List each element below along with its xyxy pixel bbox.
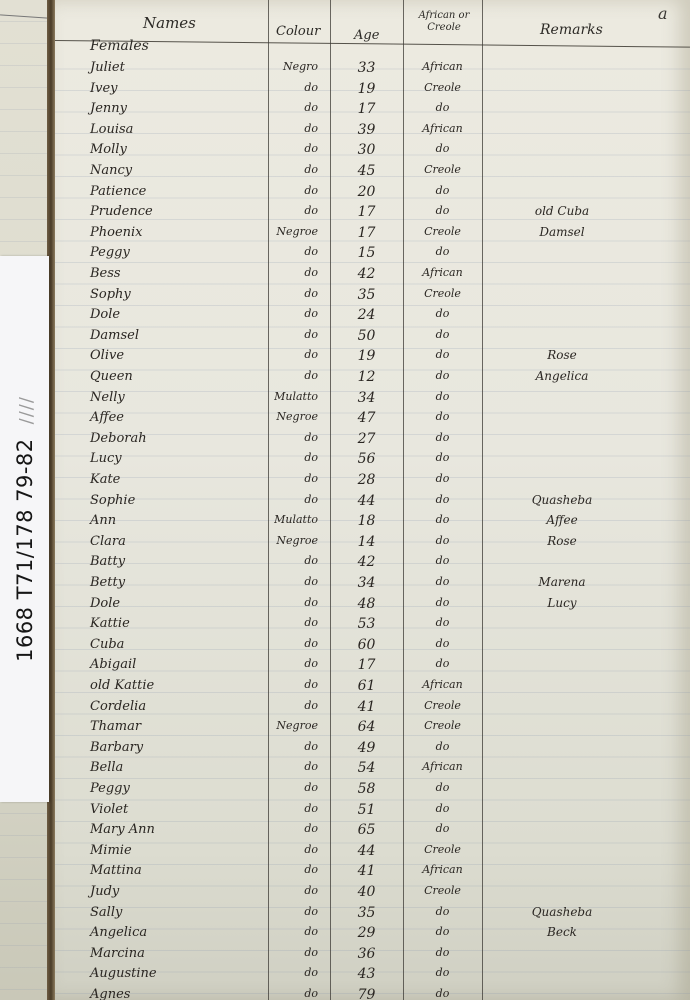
- person-name: Violet: [90, 802, 128, 817]
- person-name: Peggy: [90, 781, 130, 796]
- person-name: Molly: [90, 142, 127, 157]
- origin-cell: do: [403, 905, 482, 918]
- person-name: Deborah: [90, 431, 147, 446]
- remarks-cell: Beck: [482, 925, 642, 939]
- register-row: Barbarydo49do: [0, 740, 690, 760]
- register-row: Prudencedo17doold Cuba: [0, 204, 690, 224]
- colour-cell: do: [268, 369, 330, 382]
- origin-cell: do: [403, 637, 482, 650]
- person-name: Dole: [90, 596, 120, 611]
- person-name: Lucy: [90, 451, 122, 466]
- origin-cell: Creole: [403, 81, 482, 94]
- register-row: Bessdo42African: [0, 266, 690, 286]
- register-row: Cordeliado41Creole: [0, 699, 690, 719]
- origin-cell: do: [403, 348, 482, 361]
- age-cell: 58: [330, 781, 403, 797]
- colour-cell: Negroe: [268, 719, 330, 732]
- origin-cell: do: [403, 925, 482, 938]
- person-name: old Kattie: [90, 678, 154, 693]
- age-cell: 47: [330, 410, 403, 426]
- person-name: Mattina: [90, 863, 142, 878]
- colour-cell: do: [268, 184, 330, 197]
- origin-cell: Creole: [403, 699, 482, 712]
- register-row: Olivedo19doRose: [0, 348, 690, 368]
- person-name: Louisa: [90, 122, 133, 137]
- origin-cell: do: [403, 802, 482, 815]
- archive-reference: 1668 T71/178 79-82: [13, 438, 37, 662]
- colour-cell: Mulatto: [268, 390, 330, 403]
- colour-cell: do: [268, 142, 330, 155]
- age-cell: 43: [330, 966, 403, 982]
- register-row: JulietNegro33African: [0, 60, 690, 80]
- register-row: ClaraNegroe14doRose: [0, 534, 690, 554]
- origin-cell: Creole: [403, 287, 482, 300]
- origin-cell: do: [403, 307, 482, 320]
- person-name: Queen: [90, 369, 133, 384]
- colour-cell: do: [268, 122, 330, 135]
- person-name: Prudence: [90, 204, 153, 219]
- colour-cell: do: [268, 596, 330, 609]
- age-cell: 34: [330, 390, 403, 406]
- register-row: Mollydo30do: [0, 142, 690, 162]
- origin-cell: African: [403, 863, 482, 876]
- person-name: Abigail: [90, 657, 136, 672]
- register-row: Mary Anndo65do: [0, 822, 690, 842]
- origin-cell: Creole: [403, 843, 482, 856]
- origin-cell: African: [403, 60, 482, 73]
- register-row: Kattiedo53do: [0, 616, 690, 636]
- origin-cell: do: [403, 534, 482, 547]
- person-name: Barbary: [90, 740, 143, 755]
- register-row: Katedo28do: [0, 472, 690, 492]
- person-name: Sally: [90, 905, 122, 920]
- origin-cell: Creole: [403, 163, 482, 176]
- register-row: Doledo48doLucy: [0, 596, 690, 616]
- person-name: Bess: [90, 266, 121, 281]
- person-name: Cordelia: [90, 699, 146, 714]
- age-cell: 33: [330, 60, 403, 76]
- origin-cell: Creole: [403, 225, 482, 238]
- person-name: Patience: [90, 184, 146, 199]
- age-cell: 17: [330, 225, 403, 241]
- register-row: Mimiedo44Creole: [0, 843, 690, 863]
- colour-cell: do: [268, 245, 330, 258]
- colour-cell: do: [268, 760, 330, 773]
- age-cell: 35: [330, 905, 403, 921]
- age-cell: 79: [330, 987, 403, 1000]
- colour-cell: Negro: [268, 60, 330, 73]
- register-row: AnnMulatto18doAffee: [0, 513, 690, 533]
- origin-cell: do: [403, 451, 482, 464]
- age-cell: 39: [330, 122, 403, 138]
- origin-cell: do: [403, 101, 482, 114]
- remarks-cell: Rose: [482, 534, 642, 548]
- person-name: Angelica: [90, 925, 147, 940]
- person-name: Thamar: [90, 719, 141, 734]
- age-cell: 20: [330, 184, 403, 200]
- colour-cell: Negroe: [268, 225, 330, 238]
- age-cell: 45: [330, 163, 403, 179]
- age-cell: 19: [330, 348, 403, 364]
- person-name: Mimie: [90, 843, 132, 858]
- origin-cell: do: [403, 781, 482, 794]
- register-row: Nancydo45Creole: [0, 163, 690, 183]
- origin-cell: do: [403, 966, 482, 979]
- age-cell: 53: [330, 616, 403, 632]
- colour-cell: do: [268, 266, 330, 279]
- origin-cell: do: [403, 513, 482, 526]
- person-name: Phoenix: [90, 225, 143, 240]
- colour-cell: Negroe: [268, 534, 330, 547]
- origin-cell: do: [403, 946, 482, 959]
- colour-cell: do: [268, 946, 330, 959]
- remarks-cell: Marena: [482, 575, 642, 589]
- register-row: Deborahdo27do: [0, 431, 690, 451]
- register-row: Louisado39African: [0, 122, 690, 142]
- register-row: Sophydo35Creole: [0, 287, 690, 307]
- register-row: Damseldo50do: [0, 328, 690, 348]
- origin-cell: do: [403, 596, 482, 609]
- origin-cell: do: [403, 410, 482, 423]
- colour-cell: do: [268, 204, 330, 217]
- age-cell: 29: [330, 925, 403, 941]
- person-name: Nancy: [90, 163, 132, 178]
- person-name: Betty: [90, 575, 125, 590]
- person-name: Sophy: [90, 287, 131, 302]
- origin-cell: do: [403, 142, 482, 155]
- origin-cell: do: [403, 390, 482, 403]
- colour-cell: Negroe: [268, 410, 330, 423]
- person-name: Bella: [90, 760, 123, 775]
- origin-cell: do: [403, 431, 482, 444]
- tally-marks: ////: [16, 396, 37, 424]
- age-cell: 49: [330, 740, 403, 756]
- age-cell: 41: [330, 699, 403, 715]
- remarks-cell: Affee: [482, 513, 642, 527]
- colour-cell: do: [268, 348, 330, 361]
- person-name: Ivey: [90, 81, 118, 96]
- person-name: Agnes: [90, 987, 130, 1000]
- remarks-cell: old Cuba: [482, 204, 642, 218]
- person-name: Kattie: [90, 616, 130, 631]
- colour-cell: do: [268, 575, 330, 588]
- header-colour: Colour: [276, 24, 320, 39]
- person-name: Ann: [90, 513, 116, 528]
- origin-cell: do: [403, 472, 482, 485]
- colour-cell: do: [268, 163, 330, 176]
- age-cell: 34: [330, 575, 403, 591]
- person-name: Cuba: [90, 637, 124, 652]
- register-row: Queendo12doAngelica: [0, 369, 690, 389]
- register-row: Sophiedo44doQuasheba: [0, 493, 690, 513]
- register-row: Jennydo17do: [0, 101, 690, 121]
- colour-cell: do: [268, 472, 330, 485]
- colour-cell: do: [268, 451, 330, 464]
- folio-mark: a: [658, 4, 668, 23]
- colour-cell: do: [268, 307, 330, 320]
- age-cell: 54: [330, 760, 403, 776]
- origin-cell: do: [403, 740, 482, 753]
- person-name: Mary Ann: [90, 822, 155, 837]
- register-row: Bellado54African: [0, 760, 690, 780]
- colour-cell: do: [268, 637, 330, 650]
- colour-cell: do: [268, 493, 330, 506]
- person-name: Olive: [90, 348, 124, 363]
- colour-cell: do: [268, 699, 330, 712]
- colour-cell: do: [268, 843, 330, 856]
- remarks-cell: Rose: [482, 348, 642, 362]
- origin-cell: African: [403, 266, 482, 279]
- register-row: Peggydo15do: [0, 245, 690, 265]
- colour-cell: do: [268, 328, 330, 341]
- colour-cell: do: [268, 678, 330, 691]
- colour-cell: do: [268, 740, 330, 753]
- colour-cell: Mulatto: [268, 513, 330, 526]
- document-photo: Names Colour Age African or Creole Remar…: [0, 0, 690, 1000]
- register-row: Lucydo56do: [0, 451, 690, 471]
- origin-cell: do: [403, 245, 482, 258]
- person-name: Augustine: [90, 966, 157, 981]
- colour-cell: do: [268, 863, 330, 876]
- age-cell: 44: [330, 843, 403, 859]
- remarks-cell: Angelica: [482, 369, 642, 383]
- origin-cell: do: [403, 328, 482, 341]
- person-name: Sophie: [90, 493, 135, 508]
- colour-cell: do: [268, 966, 330, 979]
- age-cell: 48: [330, 596, 403, 612]
- register-row: Iveydo19Creole: [0, 81, 690, 101]
- person-name: Clara: [90, 534, 126, 549]
- age-cell: 19: [330, 81, 403, 97]
- age-cell: 30: [330, 142, 403, 158]
- age-cell: 18: [330, 513, 403, 529]
- register-row: Violetdo51do: [0, 802, 690, 822]
- origin-cell: do: [403, 822, 482, 835]
- colour-cell: do: [268, 657, 330, 670]
- header-age: Age: [354, 28, 379, 43]
- person-name: Jenny: [90, 101, 127, 116]
- register-row: Peggydo58do: [0, 781, 690, 801]
- age-cell: 42: [330, 266, 403, 282]
- remarks-cell: Quasheba: [482, 905, 642, 919]
- remarks-cell: Damsel: [482, 225, 642, 239]
- register-row: PhoenixNegroe17CreoleDamsel: [0, 225, 690, 245]
- age-cell: 17: [330, 101, 403, 117]
- colour-cell: do: [268, 905, 330, 918]
- age-cell: 36: [330, 946, 403, 962]
- person-name: Marcina: [90, 946, 145, 961]
- origin-cell: African: [403, 122, 482, 135]
- colour-cell: do: [268, 287, 330, 300]
- colour-cell: do: [268, 987, 330, 1000]
- origin-cell: Creole: [403, 719, 482, 732]
- sticker-text: 1668 T71/178 79-82////: [13, 396, 37, 662]
- origin-cell: Creole: [403, 884, 482, 897]
- age-cell: 14: [330, 534, 403, 550]
- age-cell: 60: [330, 637, 403, 653]
- origin-cell: do: [403, 493, 482, 506]
- person-name: Juliet: [90, 60, 125, 75]
- header-names: Names: [143, 14, 196, 32]
- register-row: Agnesdo79do: [0, 987, 690, 1000]
- age-cell: 50: [330, 328, 403, 344]
- header-origin: African or Creole: [410, 10, 478, 34]
- register-row: Sallydo35doQuasheba: [0, 905, 690, 925]
- age-cell: 51: [330, 802, 403, 818]
- register-row: Marcinado36do: [0, 946, 690, 966]
- colour-cell: do: [268, 554, 330, 567]
- person-name: Batty: [90, 554, 125, 569]
- person-name: Judy: [90, 884, 119, 899]
- age-cell: 15: [330, 245, 403, 261]
- age-cell: 17: [330, 204, 403, 220]
- age-cell: 17: [330, 657, 403, 673]
- person-name: Dole: [90, 307, 120, 322]
- age-cell: 61: [330, 678, 403, 694]
- person-name: Peggy: [90, 245, 130, 260]
- age-cell: 40: [330, 884, 403, 900]
- archive-reference-sticker: 1668 T71/178 79-82////: [0, 256, 49, 802]
- colour-cell: do: [268, 431, 330, 444]
- header-remarks: Remarks: [540, 22, 603, 38]
- register-row: Judydo40Creole: [0, 884, 690, 904]
- origin-cell: do: [403, 657, 482, 670]
- person-name: Affee: [90, 410, 124, 425]
- register-row: Patiencedo20do: [0, 184, 690, 204]
- register-row: NellyMulatto34do: [0, 390, 690, 410]
- register-row: Cubado60do: [0, 637, 690, 657]
- section-label-females: Females: [90, 38, 149, 54]
- origin-cell: do: [403, 369, 482, 382]
- age-cell: 28: [330, 472, 403, 488]
- origin-cell: do: [403, 616, 482, 629]
- register-row: Mattinado41African: [0, 863, 690, 883]
- person-name: Kate: [90, 472, 120, 487]
- person-name: Damsel: [90, 328, 139, 343]
- origin-cell: do: [403, 204, 482, 217]
- colour-cell: do: [268, 781, 330, 794]
- age-cell: 65: [330, 822, 403, 838]
- age-cell: 27: [330, 431, 403, 447]
- register-row: AffeeNegroe47do: [0, 410, 690, 430]
- person-name: Nelly: [90, 390, 125, 405]
- colour-cell: do: [268, 616, 330, 629]
- age-cell: 44: [330, 493, 403, 509]
- register-row: Angelicado29doBeck: [0, 925, 690, 945]
- age-cell: 41: [330, 863, 403, 879]
- colour-cell: do: [268, 884, 330, 897]
- age-cell: 64: [330, 719, 403, 735]
- origin-cell: African: [403, 760, 482, 773]
- register-row: Battydo42do: [0, 554, 690, 574]
- age-cell: 24: [330, 307, 403, 323]
- register-row: Augustinedo43do: [0, 966, 690, 986]
- colour-cell: do: [268, 822, 330, 835]
- age-cell: 12: [330, 369, 403, 385]
- register-row: Bettydo34doMarena: [0, 575, 690, 595]
- origin-cell: do: [403, 575, 482, 588]
- age-cell: 42: [330, 554, 403, 570]
- origin-cell: do: [403, 554, 482, 567]
- remarks-cell: Lucy: [482, 596, 642, 610]
- age-cell: 56: [330, 451, 403, 467]
- colour-cell: do: [268, 925, 330, 938]
- remarks-cell: Quasheba: [482, 493, 642, 507]
- origin-cell: do: [403, 184, 482, 197]
- origin-cell: African: [403, 678, 482, 691]
- register-row: Doledo24do: [0, 307, 690, 327]
- colour-cell: do: [268, 81, 330, 94]
- register-row: Abigaildo17do: [0, 657, 690, 677]
- register-row: old Kattiedo61African: [0, 678, 690, 698]
- age-cell: 35: [330, 287, 403, 303]
- colour-cell: do: [268, 802, 330, 815]
- colour-cell: do: [268, 101, 330, 114]
- register-row: ThamarNegroe64Creole: [0, 719, 690, 739]
- origin-cell: do: [403, 987, 482, 1000]
